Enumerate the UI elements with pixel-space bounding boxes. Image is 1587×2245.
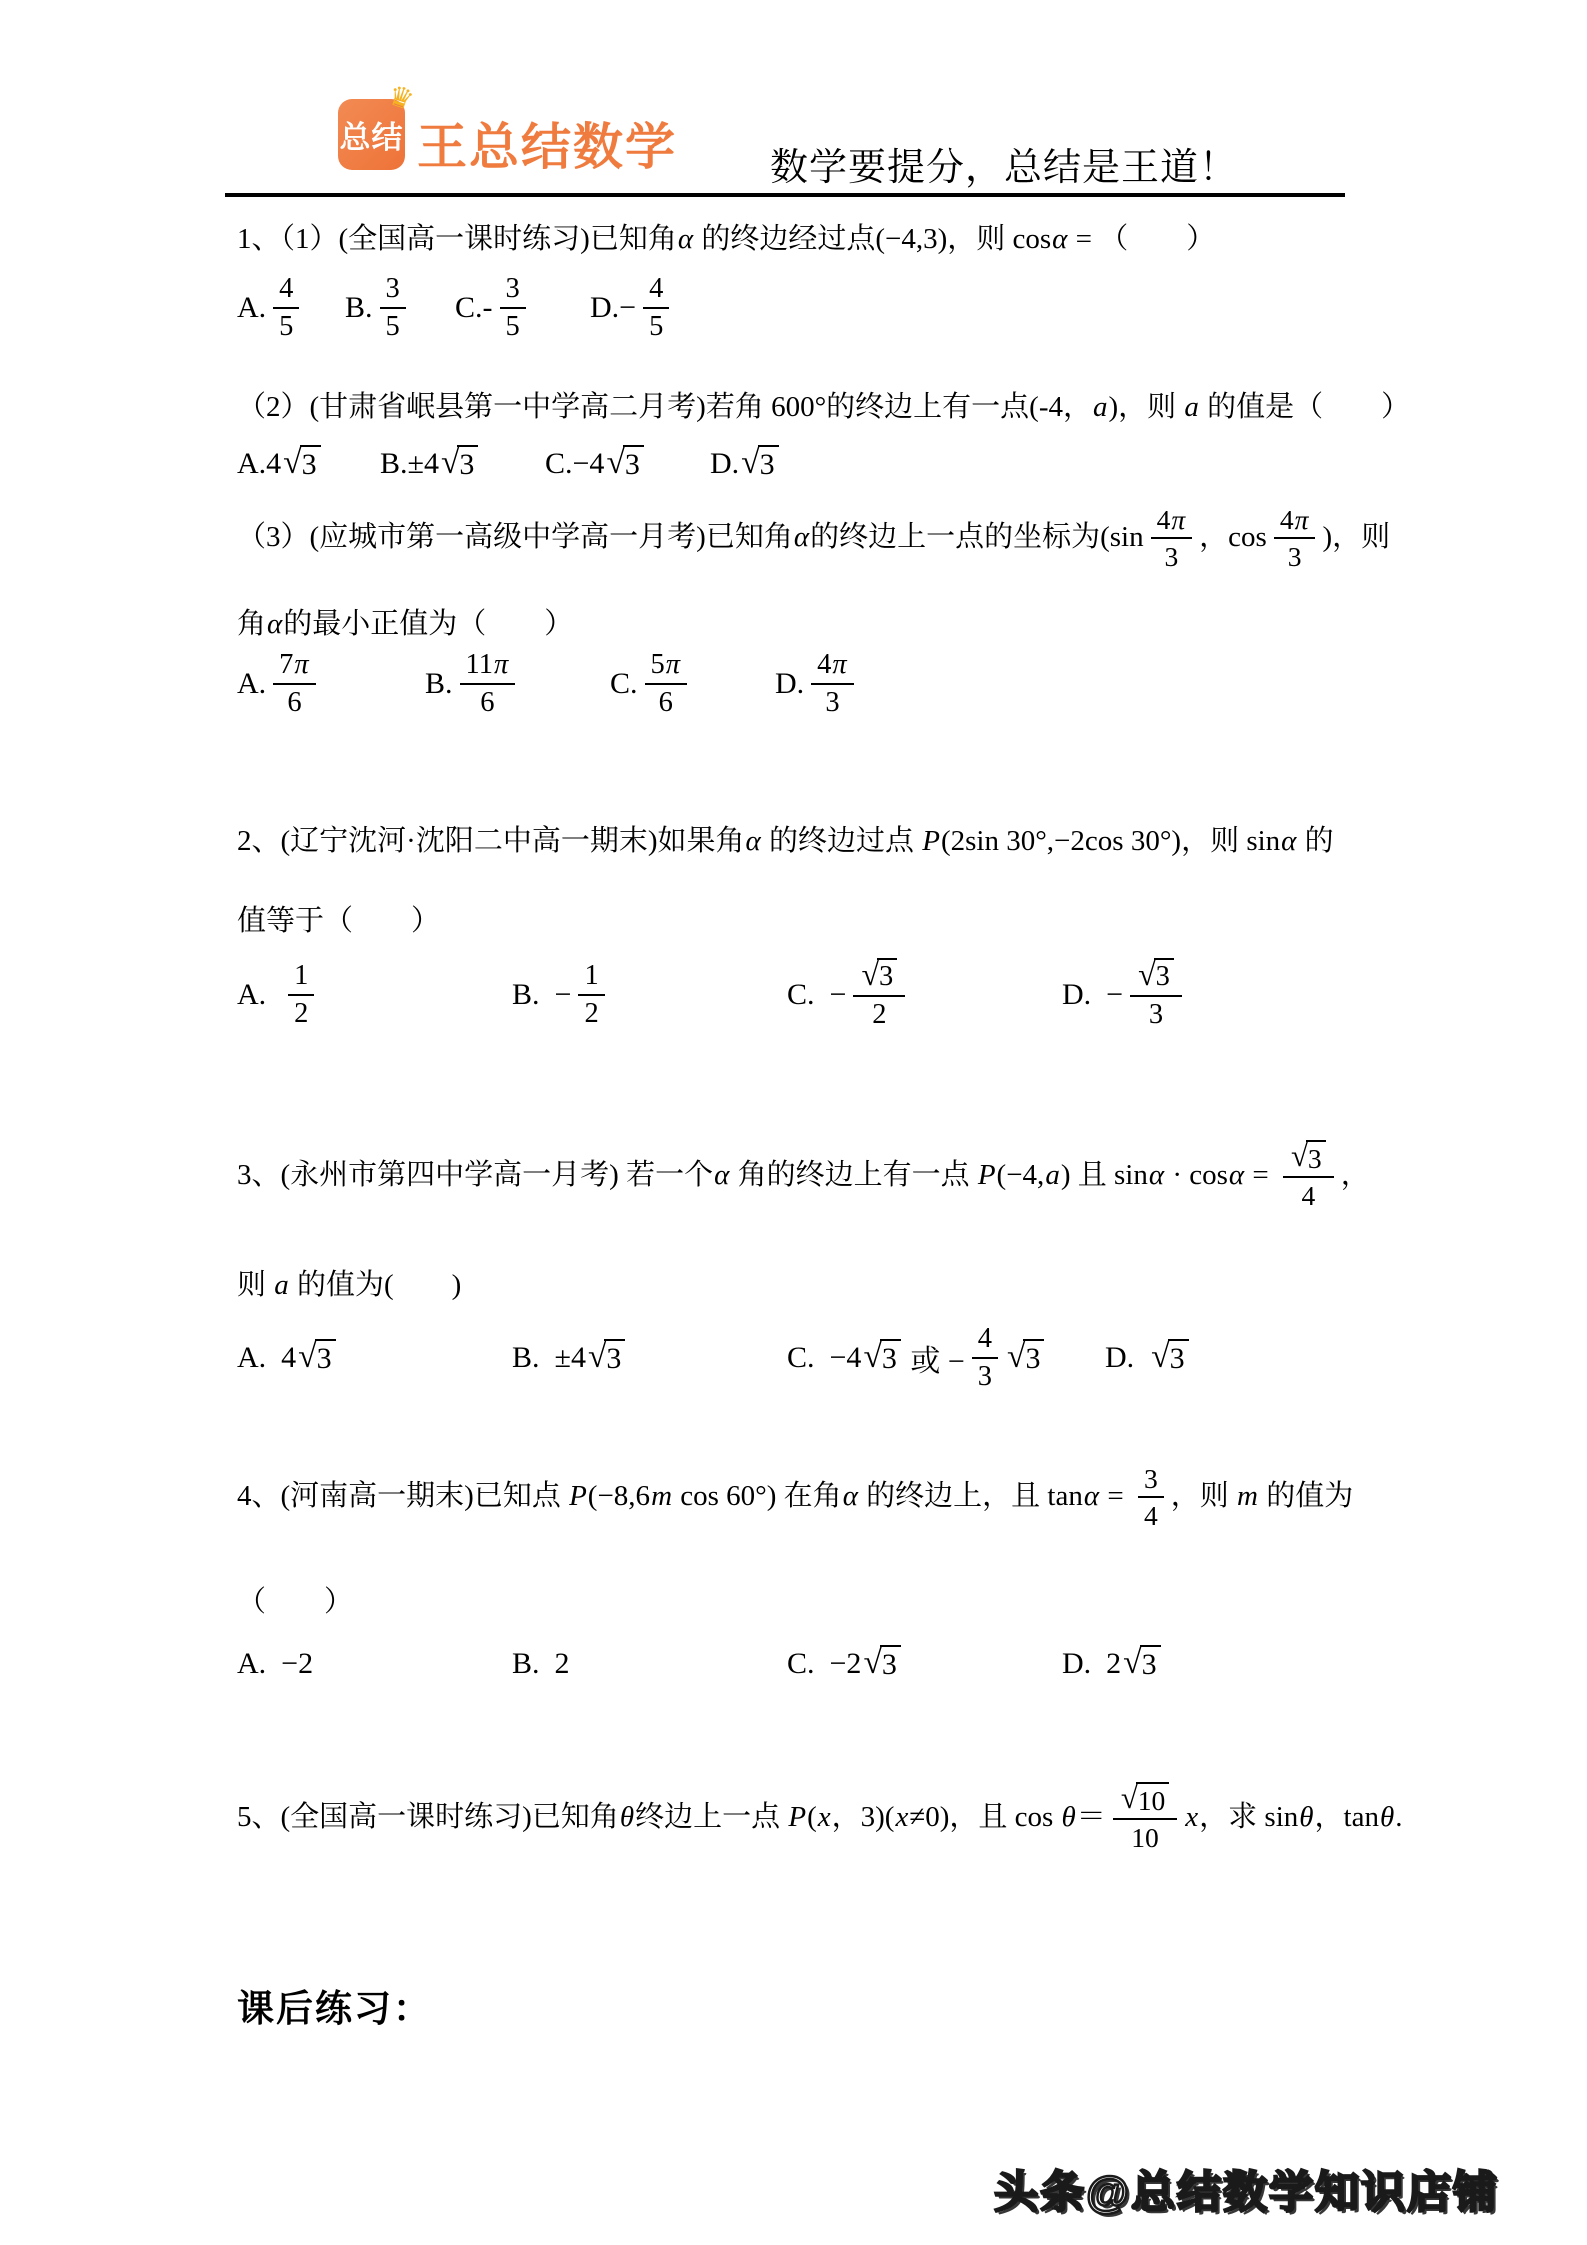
math-text: 2 <box>872 999 886 1030</box>
math-text: (−8,6 <box>588 1477 650 1516</box>
numerator: 4 <box>972 1322 998 1359</box>
option-a: A. −2 <box>237 1647 512 1681</box>
problem-2-options: A. 12 B. −12 C. −√32 D. −√33 <box>237 958 1189 1032</box>
fraction: 45 <box>273 272 299 344</box>
math-text: 5 <box>651 648 665 682</box>
square-root: √3 <box>1151 1339 1188 1377</box>
math-text: 3、(永州市第四中学高一月考) 若一个 <box>237 1156 713 1195</box>
option-b: B.35 <box>345 272 455 344</box>
math-text: cos 60°) 在角 <box>673 1477 842 1516</box>
radicand: 3 <box>1168 1339 1189 1377</box>
math-variable: θ <box>1298 1798 1314 1837</box>
math-text: 11 <box>466 648 493 682</box>
math-text: 4 <box>817 648 831 682</box>
square-root: √3 <box>588 1339 625 1377</box>
math-variable: π <box>293 648 309 682</box>
math-text: 3 <box>1149 999 1163 1030</box>
math-text: 10 <box>1131 1822 1159 1853</box>
problem-4-stem-line2: （ ） <box>237 1583 353 1622</box>
square-root: √3 <box>741 445 778 483</box>
problem-2-stem-line1: 2、(辽宁沈河·沈阳二中高一期末)如果角α 的终边过点 P(2sin 30°,−… <box>237 822 1334 861</box>
denominator: 5 <box>273 309 299 344</box>
math-text: 5、(全国高一课时练习)已知角 <box>237 1798 619 1837</box>
radicand: 3 <box>880 1645 901 1683</box>
numerator: 3 <box>380 272 406 309</box>
math-text: 4 <box>1301 1180 1315 1211</box>
math-variable: P <box>568 1477 588 1516</box>
math-text: （3）(应城市第一高级中学高一月考)已知角 <box>237 518 793 557</box>
fraction: 34 <box>1138 1462 1164 1532</box>
math-text: ＝ <box>1077 1798 1106 1837</box>
fraction: √32 <box>853 958 905 1032</box>
math-text: 4 <box>649 272 663 306</box>
math-text: A. −2 <box>237 1647 313 1681</box>
radicand: 3 <box>623 445 644 483</box>
problem-3-stem-line1: 3、(永州市第四中学高一月考) 若一个α 角的终边上有一点 P(−4,a) 且 … <box>237 1140 1370 1212</box>
numerator: 4π <box>811 648 854 685</box>
math-text: (2sin 30°,−2cos 30°)，则 sin <box>941 822 1280 861</box>
square-root: √3 <box>298 1339 335 1377</box>
math-variable: x <box>817 1798 832 1837</box>
math-text: B. 2 <box>512 1647 570 1681</box>
option-a: A. 4√3 <box>237 1339 512 1377</box>
fraction: 12 <box>578 959 604 1031</box>
math-text: C.- <box>455 291 493 325</box>
denominator: 5 <box>380 309 406 344</box>
numerator: √10 <box>1113 1782 1177 1820</box>
radicand: 3 <box>880 1339 901 1377</box>
math-text: D. <box>1105 1341 1149 1375</box>
option-c: C. −2√3 <box>787 1645 1062 1683</box>
math-text: A. <box>237 978 281 1012</box>
math-text: 1、（1）(全国高一课时练习)已知角 <box>237 220 677 259</box>
math-variable: α <box>1148 1156 1165 1195</box>
option-b: B.±4√3 <box>380 445 545 483</box>
radicand: 3 <box>877 958 897 994</box>
square-root: √3 <box>1138 958 1174 994</box>
math-variable: a <box>1044 1156 1061 1195</box>
fraction: 45 <box>643 272 669 344</box>
math-text: = <box>1245 1156 1276 1195</box>
denominator: 2 <box>866 997 892 1032</box>
problem-1-1-options: A.45 B.35 C.-35 D.−45 <box>237 272 676 344</box>
math-text: )，则 <box>1322 518 1390 557</box>
denominator: 3 <box>972 1359 998 1394</box>
math-text: 的 <box>1297 822 1333 861</box>
square-root: √3 <box>606 445 643 483</box>
numerator: 5π <box>645 648 688 685</box>
math-text: B. <box>345 291 373 325</box>
math-text: )，则 <box>1108 388 1183 427</box>
math-variable: m <box>1236 1477 1259 1516</box>
footer-watermark: 头条@总结数学知识店铺 <box>994 2156 1499 2220</box>
math-text: C.−4 <box>545 447 604 481</box>
radicand: 3 <box>315 1339 336 1377</box>
math-text: 的终边上，且 tan <box>859 1477 1083 1516</box>
option-d: D.−45 <box>590 272 676 344</box>
numerator: 1 <box>578 959 604 996</box>
numerator: 4 <box>273 272 299 309</box>
denominator: 2 <box>578 996 604 1031</box>
math-text: D. − <box>1062 978 1123 1012</box>
denominator: 3 <box>1158 539 1184 573</box>
option-d: D.√3 <box>710 445 781 483</box>
square-root: √3 <box>283 445 320 483</box>
square-root: √3 <box>1007 1339 1044 1377</box>
fraction: √33 <box>1130 958 1182 1032</box>
math-text: 5 <box>506 311 520 342</box>
math-text: D.− <box>590 291 636 325</box>
problem-1-3-stem-line2: 角α的最小正值为（ ） <box>237 605 573 644</box>
math-text: 则 <box>237 1266 273 1305</box>
math-text: 值等于（ ） <box>237 902 440 941</box>
math-text: · cos <box>1165 1156 1228 1195</box>
fraction: 43 <box>972 1322 998 1394</box>
radicand: 3 <box>1023 1339 1044 1377</box>
option-b: B. −12 <box>512 959 787 1031</box>
math-variable: α <box>713 1156 730 1195</box>
math-text: ) 且 sin <box>1061 1156 1148 1195</box>
math-text: 5 <box>386 311 400 342</box>
denominator: 4 <box>1295 1178 1321 1212</box>
math-text: 4 <box>1280 503 1294 536</box>
crown-icon: ♛ <box>384 82 417 116</box>
math-variable: α <box>266 605 283 644</box>
denominator: 6 <box>474 685 500 720</box>
numerator: 11π <box>460 648 516 685</box>
math-text: 4 <box>1144 1500 1158 1531</box>
math-variable: P <box>787 1798 807 1837</box>
math-variable: α <box>1051 220 1068 259</box>
numerator: 1 <box>288 959 314 996</box>
math-text: 的终边过点 <box>762 822 922 861</box>
math-text: 4 <box>279 272 293 306</box>
math-variable: π <box>831 648 847 682</box>
math-variable: π <box>1170 503 1186 536</box>
option-a: A.4√3 <box>237 445 380 483</box>
option-d: D. √3 <box>1105 1339 1191 1377</box>
math-variable: α <box>677 220 694 259</box>
math-text: ，则 <box>1171 1477 1236 1516</box>
problem-1-1-stem: 1、（1）(全国高一课时练习)已知角α 的终边经过点(−4,3)，则 cosα … <box>237 220 1215 259</box>
math-text: 4 <box>1157 503 1171 536</box>
option-c: C.-35 <box>455 272 590 344</box>
math-text: D. <box>710 447 739 481</box>
numerator: 3 <box>1138 1462 1164 1498</box>
math-text: B. <box>425 667 453 701</box>
math-text: . <box>1395 1798 1402 1837</box>
denominator: 5 <box>643 309 669 344</box>
math-text: 3 <box>978 1361 992 1392</box>
radicand: 3 <box>1154 958 1174 994</box>
math-variable: a <box>1183 388 1200 427</box>
math-text: D. 2 <box>1062 1647 1121 1681</box>
math-variable: π <box>665 648 681 682</box>
problem-4-options: A. −2 B. 2 C. −2√3 D. 2√3 <box>237 1645 1163 1683</box>
option-b: B. ±4√3 <box>512 1339 787 1377</box>
math-variable: α <box>793 518 810 557</box>
worksheet-page: 总结 ♛ 王总结数学 数学要提分，总结是王道！ 1、（1）(全国高一课时练习)已… <box>0 0 1587 2245</box>
math-text: 3 <box>825 687 839 718</box>
math-variable: α <box>842 1477 859 1516</box>
math-variable: α <box>744 822 761 861</box>
math-text: 3 <box>1144 1462 1158 1495</box>
denominator: 3 <box>1282 539 1308 573</box>
math-text: = <box>1100 1477 1131 1516</box>
math-text: 6 <box>480 687 494 718</box>
math-text: 3 <box>1164 541 1178 572</box>
math-text: 的值为( ) <box>290 1266 462 1305</box>
option-d: D. −√33 <box>1062 958 1189 1032</box>
problem-4-stem-line1: 4、(河南高一期末)已知点 P(−8,6m cos 60°) 在角α 的终边上，… <box>237 1462 1353 1532</box>
math-text: B. ±4 <box>512 1341 586 1375</box>
numerator: √3 <box>1283 1140 1334 1178</box>
fraction: 4π3 <box>1151 503 1193 573</box>
problem-1-3-stem-line1: （3）(应城市第一高级中学高一月考)已知角α的终边上一点的坐标为(sin4π3，… <box>237 503 1390 573</box>
math-text: ≠0)，且 cos <box>909 1798 1060 1837</box>
option-c: C.5π6 <box>610 648 775 720</box>
math-text: ，cos <box>1199 518 1267 557</box>
math-text: 终边上一点 <box>635 1798 787 1837</box>
numerator: 4π <box>1274 503 1316 539</box>
math-variable: α <box>1083 1477 1100 1516</box>
math-text: 3 <box>386 272 400 306</box>
math-text: C. −2 <box>787 1647 861 1681</box>
denominator: 5 <box>500 309 526 344</box>
fraction: 4π3 <box>1274 503 1316 573</box>
math-text: 的终边经过点(−4,3)，则 cos <box>694 220 1051 259</box>
math-text: B. − <box>512 978 571 1012</box>
problem-1-2-stem: （2）(甘肃省岷县第一中学高二月考)若角 600°的终边上有一点(-4，a)，则… <box>237 388 1410 427</box>
math-text: A. 4 <box>237 1341 296 1375</box>
section-heading: 课后练习： <box>237 1978 432 2032</box>
option-a: A. 12 <box>237 959 512 1031</box>
math-variable: a <box>273 1266 290 1305</box>
math-text: 3 <box>506 272 520 306</box>
fraction: 35 <box>380 272 406 344</box>
math-text: = （ ） <box>1068 220 1215 259</box>
math-text: A.4 <box>237 447 281 481</box>
option-a: A.7π6 <box>237 648 425 720</box>
fraction: √34 <box>1283 1140 1334 1212</box>
brand-slogan: 数学要提分，总结是王道！ <box>770 136 1238 191</box>
math-text: 3 <box>1288 541 1302 572</box>
problem-3-options: A. 4√3 B. ±4√3 C. −4√3 或 −43√3 D. √3 <box>237 1322 1191 1394</box>
math-text: 角 <box>237 605 266 644</box>
radicand: 3 <box>300 445 321 483</box>
square-root: √3 <box>863 1339 900 1377</box>
math-text: 1 <box>294 959 308 993</box>
radicand: 3 <box>758 445 779 483</box>
header-divider <box>225 193 1345 197</box>
square-root: √3 <box>441 445 478 483</box>
math-text: C. <box>610 667 638 701</box>
brand-title: 王总结数学 <box>417 107 677 179</box>
math-text: A. <box>237 291 266 325</box>
numerator: √3 <box>1130 958 1182 997</box>
math-variable: P <box>921 822 941 861</box>
math-text: 1 <box>584 959 598 993</box>
math-text: ( <box>807 1798 817 1837</box>
option-b: B. 2 <box>512 1647 787 1681</box>
radicand: 3 <box>457 445 478 483</box>
math-variable: x <box>1184 1798 1199 1837</box>
problem-2-stem-line2: 值等于（ ） <box>237 902 440 941</box>
fraction: √1010 <box>1113 1782 1177 1854</box>
math-variable: a <box>1092 388 1109 427</box>
fraction: 11π6 <box>460 648 516 720</box>
logo-badge-text: 总结 <box>340 112 404 157</box>
square-root: √3 <box>1291 1140 1326 1175</box>
problem-5-stem: 5、(全国高一课时练习)已知角θ终边上一点 P(x，3)(x≠0)，且 cos … <box>237 1782 1402 1854</box>
math-variable: π <box>1294 503 1310 536</box>
math-text: 2 <box>294 998 308 1029</box>
square-root: √10 <box>1121 1782 1169 1817</box>
option-c: C. −√32 <box>787 958 1062 1032</box>
denominator: 4 <box>1138 1498 1164 1532</box>
radicand: 3 <box>1140 1645 1161 1683</box>
math-text: (−4, <box>997 1156 1045 1195</box>
fraction: 5π6 <box>645 648 688 720</box>
math-text: D. <box>775 667 804 701</box>
math-variable: P <box>977 1156 997 1195</box>
math-text: 的值是（ ） <box>1200 388 1410 427</box>
square-root: √3 <box>1123 1645 1160 1683</box>
math-text: 4 <box>978 1322 992 1356</box>
math-text: 7 <box>279 648 293 682</box>
math-text: C. −4 <box>787 1341 861 1375</box>
denominator: 6 <box>653 685 679 720</box>
fraction: 12 <box>288 959 314 1031</box>
math-variable: θ <box>1061 1798 1077 1837</box>
fraction: 7π6 <box>273 648 316 720</box>
math-text: ， <box>1341 1156 1370 1195</box>
math-text: ，3)( <box>832 1798 895 1837</box>
brand-logo-badge: 总结 ♛ <box>338 99 405 170</box>
option-a: A.45 <box>237 272 345 344</box>
fraction: 35 <box>500 272 526 344</box>
math-text: B.±4 <box>380 447 439 481</box>
math-text: 的最小正值为（ ） <box>283 605 573 644</box>
radicand: 3 <box>1306 1140 1326 1175</box>
math-text: 6 <box>659 687 673 718</box>
numerator: 4 <box>643 272 669 309</box>
problem-1-3-options: A.7π6 B.11π6 C.5π6 D.4π3 <box>237 648 861 720</box>
math-text: （ ） <box>237 1583 353 1622</box>
math-text: 2 <box>584 998 598 1029</box>
numerator: √3 <box>853 958 905 997</box>
math-text: ，tan <box>1315 1798 1379 1837</box>
math-variable: m <box>650 1477 673 1516</box>
radicand: 3 <box>604 1339 625 1377</box>
math-variable: π <box>493 648 509 682</box>
option-d: D.4π3 <box>775 648 861 720</box>
math-text: 角的终边上有一点 <box>730 1156 977 1195</box>
math-variable: θ <box>619 1798 635 1837</box>
math-text: 6 <box>287 687 301 718</box>
math-variable: θ <box>1379 1798 1395 1837</box>
math-text: 2、(辽宁沈河·沈阳二中高一期末)如果角 <box>237 822 744 861</box>
option-c: C. −4√3 或 −43√3 <box>787 1322 1105 1394</box>
math-variable: x <box>894 1798 909 1837</box>
square-root: √3 <box>863 1645 900 1683</box>
math-text: （2）(甘肃省岷县第一中学高二月考)若角 600°的终边上有一点(-4， <box>237 388 1092 427</box>
numerator: 4π <box>1151 503 1193 539</box>
math-text: C. − <box>787 978 846 1012</box>
option-b: B.11π6 <box>425 648 610 720</box>
denominator: 3 <box>819 685 845 720</box>
fraction: 4π3 <box>811 648 854 720</box>
option-c: C.−4√3 <box>545 445 710 483</box>
math-text: 的终边上一点的坐标为(sin <box>810 518 1144 557</box>
math-variable: α <box>1228 1156 1245 1195</box>
problem-3-stem-line2: 则 a 的值为( ) <box>237 1266 461 1305</box>
math-text: 4、(河南高一期末)已知点 <box>237 1477 568 1516</box>
math-text: A. <box>237 667 266 701</box>
math-variable: α <box>1280 822 1297 861</box>
math-text: ，求 sin <box>1199 1798 1298 1837</box>
radicand: 10 <box>1136 1782 1170 1817</box>
math-text: 5 <box>649 311 663 342</box>
option-d: D. 2√3 <box>1062 1645 1163 1683</box>
square-root: √3 <box>861 958 897 994</box>
math-text: 的值为 <box>1259 1477 1353 1516</box>
numerator: 3 <box>500 272 526 309</box>
math-text: 或 − <box>903 1336 965 1380</box>
numerator: 7π <box>273 648 316 685</box>
problem-1-2-options: A.4√3 B.±4√3 C.−4√3 D.√3 <box>237 445 781 483</box>
denominator: 6 <box>281 685 307 720</box>
denominator: 2 <box>288 996 314 1031</box>
denominator: 3 <box>1143 997 1169 1032</box>
math-text: 5 <box>279 311 293 342</box>
denominator: 10 <box>1125 1820 1165 1854</box>
